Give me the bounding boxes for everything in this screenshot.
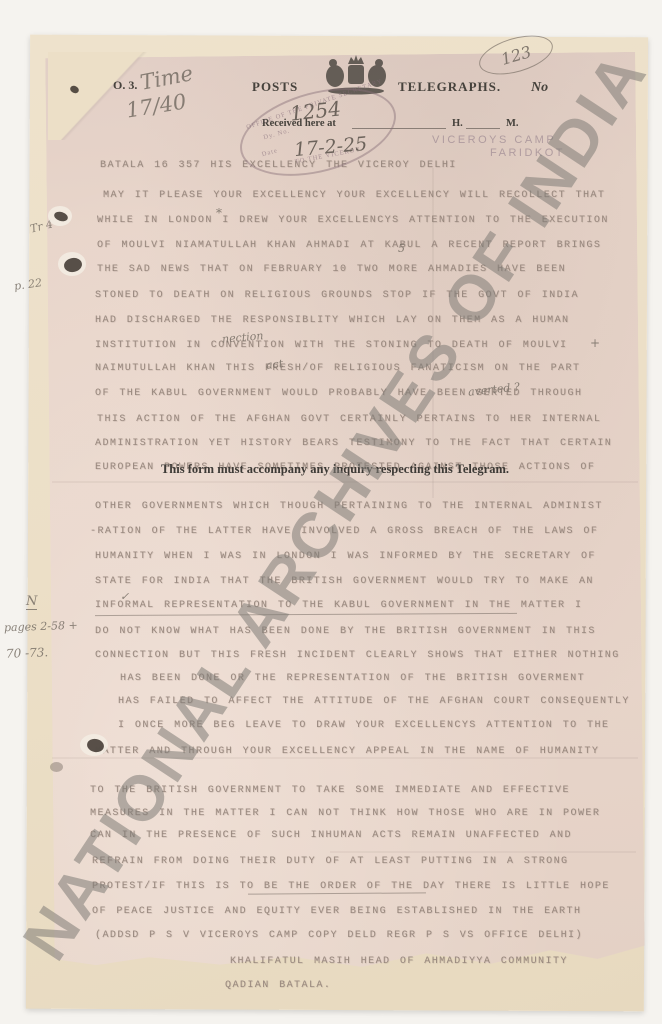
pencil-mark: * [216, 206, 222, 220]
paper-crease [330, 851, 636, 853]
hours-label: H. [452, 118, 463, 129]
margin-note-n: N [26, 594, 37, 610]
telegram-signature-line: KHALIFATUL MASIH HEAD OF AHMADIYYA COMMU… [230, 956, 568, 967]
pencil-correction: act [265, 357, 284, 372]
telegram-line: DO NOT KNOW WHAT HAS BEEN DONE BY THE BR… [95, 626, 596, 637]
margin-note-pages: 70 -73. [6, 645, 49, 660]
pencil-mark: + [590, 336, 600, 350]
hours-fill-line [466, 128, 500, 129]
form-title-left: POSTS [252, 79, 298, 95]
telegram-line: INSTITUTION IN CONVENTION WITH THE STONI… [95, 340, 568, 351]
form-title-right: TELEGRAPHS. [398, 79, 501, 95]
margin-note-pages: pages 2-58 + [4, 619, 78, 635]
folio-number-text: 123 [499, 42, 534, 69]
telegram-line: STATE FOR INDIA THAT THE BRITISH GOVERNM… [95, 576, 594, 587]
minutes-label: M. [506, 118, 519, 129]
telegram-signature-line: QADIAN BATALA. [225, 980, 331, 991]
telegram-line: OF PEACE JUSTICE AND EQUITY EVER BEING E… [92, 906, 581, 917]
form-code: O. 3. [113, 78, 137, 93]
telegram-line: CONNECTION BUT THIS FRESH INCIDENT CLEAR… [95, 650, 620, 661]
number-label: No [531, 80, 548, 96]
telegram-line: INFORMAL REPRESENTATION TO THE KABUL GOV… [95, 600, 582, 611]
pencil-mark: ✓ [120, 590, 129, 603]
stamp-date-label: Date [261, 147, 279, 158]
telegram-line: REFRAIN FROM DOING THEIR DUTY OF AT LEAS… [92, 856, 569, 867]
telegram-line: (ADDSD P S V VICEROYS CAMP COPY DELD REG… [95, 930, 583, 941]
telegram-line: PROTEST/IF THIS IS TO BE THE ORDER OF TH… [92, 881, 610, 892]
telegram-line: NAIMUTULLAH KHAN THIS FRESH/OF RELIGIOUS… [95, 363, 580, 374]
pencil-mark: 5 [398, 242, 405, 255]
ink-blot [50, 762, 63, 772]
stamp-dy-label: Dy. No. [263, 127, 291, 141]
